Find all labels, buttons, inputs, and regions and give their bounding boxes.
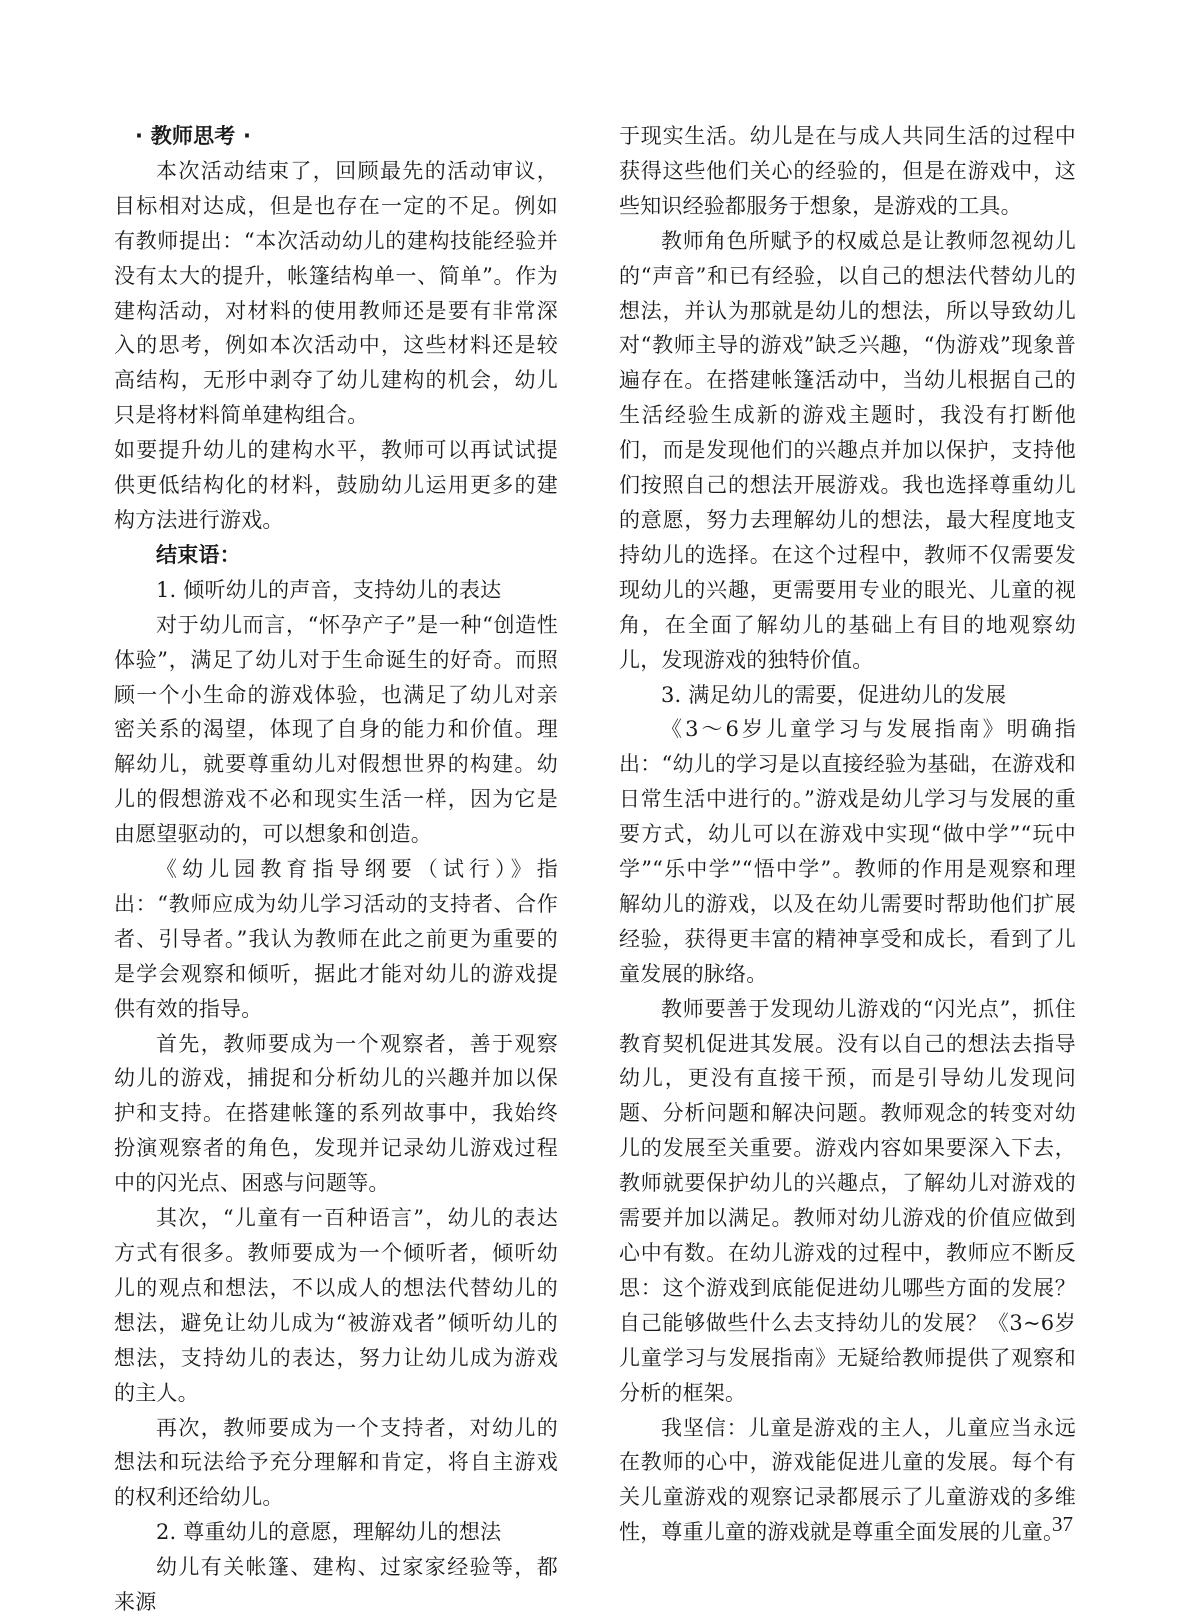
paragraph: 再次，教师要成为一个支持者，对幼儿的想法和玩法给予充分理解和肯定，将自主游戏的权…: [114, 1411, 558, 1516]
teacher-reflection-heading: · 教师思考 ·: [114, 119, 558, 154]
left-column: · 教师思考 · 本次活动结束了，回顾最先的活动审议，目标相对达成，但是也存在一…: [114, 119, 558, 1616]
section-title-2: 2. 尊重幼儿的意愿，理解幼儿的想法: [114, 1515, 558, 1550]
paragraph: 本次活动结束了，回顾最先的活动审议，目标相对达成，但是也存在一定的不足。例如有教…: [114, 154, 558, 433]
paragraph: 对于幼儿而言，“怀孕产子”是一种“创造性体验”，满足了幼儿对于生命诞生的好奇。而…: [114, 608, 558, 852]
right-column: 于现实生活。幼儿是在与成人共同生活的过程中获得这些他们关心的经验的，但是在游戏中…: [619, 119, 1076, 1550]
paragraph: 幼儿有关帐篷、建构、过家家经验等，都来源: [114, 1550, 558, 1616]
paragraph: 教师要善于发现幼儿游戏的“闪光点”，抓住教育契机促进其发展。没有以自己的想法去指…: [619, 992, 1076, 1411]
paragraph: 其次，“儿童有一百种语言”，幼儿的表达方式有很多。教师要成为一个倾听者，倾听幼儿…: [114, 1201, 558, 1410]
paragraph: 我坚信：儿童是游戏的主人，儿童应当永远在教师的心中，游戏能促进儿童的发展。每个有…: [619, 1411, 1076, 1551]
paragraph: 首先，教师要成为一个观察者，善于观察幼儿的游戏，捕捉和分析幼儿的兴趣并加以保护和…: [114, 1027, 558, 1202]
section-title-1: 1. 倾听幼儿的声音，支持幼儿的表达: [114, 573, 558, 608]
paragraph: 教师角色所赋予的权威总是让教师忽视幼儿的“声音”和已有经验，以自己的想法代替幼儿…: [619, 224, 1076, 678]
paragraph: 《幼儿园教育指导纲要（试行）》指出：“教师应成为幼儿学习活动的支持者、合作者、引…: [114, 852, 558, 1027]
conclusion-heading: 结束语：: [114, 538, 558, 573]
paragraph: 于现实生活。幼儿是在与成人共同生活的过程中获得这些他们关心的经验的，但是在游戏中…: [619, 119, 1076, 224]
paragraph: 《3～6岁儿童学习与发展指南》明确指出：“幼儿的学习是以直接经验为基础，在游戏和…: [619, 712, 1076, 991]
paragraph: 如要提升幼儿的建构水平，教师可以再试试提供更低结构化的材料，鼓励幼儿运用更多的建…: [114, 433, 558, 538]
page-number: 37: [1052, 1512, 1073, 1537]
section-title-3: 3. 满足幼儿的需要，促进幼儿的发展: [619, 678, 1076, 713]
